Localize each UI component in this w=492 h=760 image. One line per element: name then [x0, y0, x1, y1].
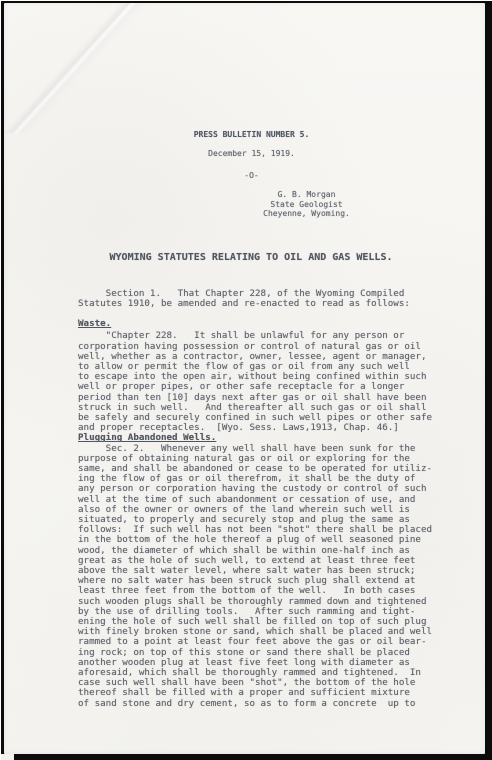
- bulletin-date: December 15, 1919.: [18, 149, 485, 159]
- scan-corner-notch: [1, 754, 14, 760]
- author-name: G. B. Morgan: [73, 190, 492, 200]
- divider-ornament: -O-: [18, 171, 485, 181]
- section-paragraph-plugging: Sec. 2. Whenever any well shall have bee…: [78, 444, 485, 709]
- author-location: Cheyenne, Wyoming.: [73, 209, 492, 219]
- document-content: PRESS BULLETIN NUMBER 5. December 15, 19…: [4, 3, 485, 754]
- author-title: State Geologist: [73, 200, 492, 210]
- author-block: G. B. Morgan State Geologist Cheyenne, W…: [73, 190, 492, 219]
- bulletin-title: PRESS BULLETIN NUMBER 5.: [18, 130, 485, 140]
- document-header: PRESS BULLETIN NUMBER 5. December 15, 19…: [4, 3, 485, 219]
- section-paragraph-waste: "Chapter 228. It shall be unlawful for a…: [78, 331, 485, 433]
- scan-background: PRESS BULLETIN NUMBER 5. December 15, 19…: [1, 1, 492, 760]
- section-heading-waste: Waste.: [78, 319, 485, 329]
- intro-paragraph: Section 1. That Chapter 228, of the Wyom…: [78, 289, 485, 309]
- document-title: WYOMING STATUTES RELATING TO OIL AND GAS…: [4, 253, 485, 263]
- document-page: PRESS BULLETIN NUMBER 5. December 15, 19…: [4, 3, 485, 754]
